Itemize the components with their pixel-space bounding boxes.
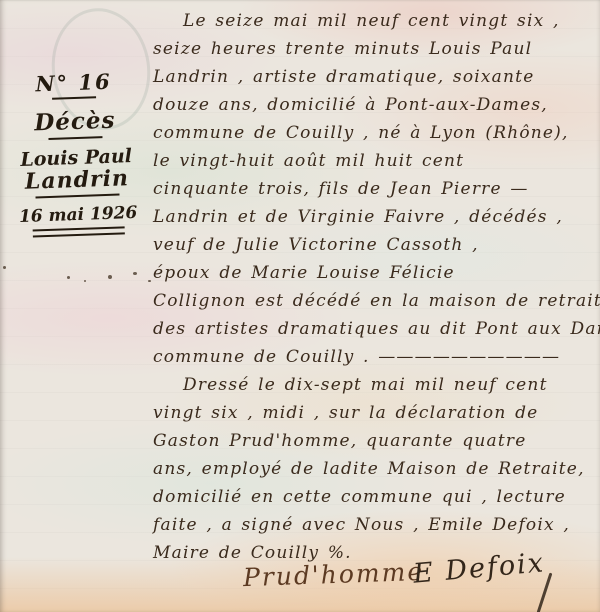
act-text-line: Le seize mai mil neuf cent vingt six , xyxy=(153,7,600,35)
act-text-line: vingt six , midi , sur la déclaration de xyxy=(153,399,600,427)
act-text-line: cinquante trois, fils de Jean Pierre — xyxy=(153,175,600,203)
ink-speck xyxy=(67,276,70,279)
ink-speck xyxy=(84,280,86,282)
signature-declarant: Prud'homme xyxy=(243,557,425,592)
act-text-line: ans, employé de ladite Maison de Retrait… xyxy=(153,455,600,483)
act-body-text: Le seize mai mil neuf cent vingt six , s… xyxy=(153,7,600,567)
act-text-line: Collignon est décédé en la maison de ret… xyxy=(153,287,600,315)
margin-underline xyxy=(48,136,102,140)
margin-underline xyxy=(52,96,96,100)
act-number: N° 16 xyxy=(3,68,144,98)
act-text-line: époux de Marie Louise Félicie xyxy=(153,259,600,287)
act-text-line: le vingt-huit août mil huit cent xyxy=(153,147,600,175)
act-text-line: commune de Couilly . —————————— xyxy=(153,343,600,371)
ink-speck xyxy=(3,266,6,269)
act-text-line: domicilié en cette commune qui , lecture xyxy=(153,483,600,511)
ink-speck xyxy=(133,272,137,275)
act-text-line: Dressé le dix-sept mai mil neuf cent xyxy=(153,371,600,399)
act-text-line: douze ans, domicilié à Pont-aux-Dames, xyxy=(153,91,600,119)
act-text-line: commune de Couilly , né à Lyon (Rhône), xyxy=(153,119,600,147)
act-text-line: Landrin et de Virginie Faivre , décédés … xyxy=(153,203,600,231)
ink-speck xyxy=(148,280,151,282)
act-date: 16 mai 1926 xyxy=(8,203,149,228)
act-text-line: seize heures trente minuts Louis Paul xyxy=(153,35,600,63)
ink-speck xyxy=(108,275,112,279)
act-text-line: Gaston Prud'homme, quarante quatre xyxy=(153,427,600,455)
deceased-name-line2: Landrin xyxy=(7,165,148,196)
margin-underline xyxy=(35,194,119,199)
act-type-label: Décès xyxy=(4,106,145,138)
death-record-scan: N° 16 Décès Louis Paul Landrin 16 mai 19… xyxy=(0,0,600,612)
act-text-line: Landrin , artiste dramatique, soixante xyxy=(153,63,600,91)
margin-double-underline xyxy=(33,226,125,237)
act-text-line: veuf de Julie Victorine Cassoth , xyxy=(153,231,600,259)
act-text-line: faite , a signé avec Nous , Emile Defoix… xyxy=(153,511,600,539)
margin-note: N° 16 Décès Louis Paul Landrin 16 mai 19… xyxy=(3,68,149,239)
act-text-line: des artistes dramatiques au dit Pont aux… xyxy=(153,315,600,343)
